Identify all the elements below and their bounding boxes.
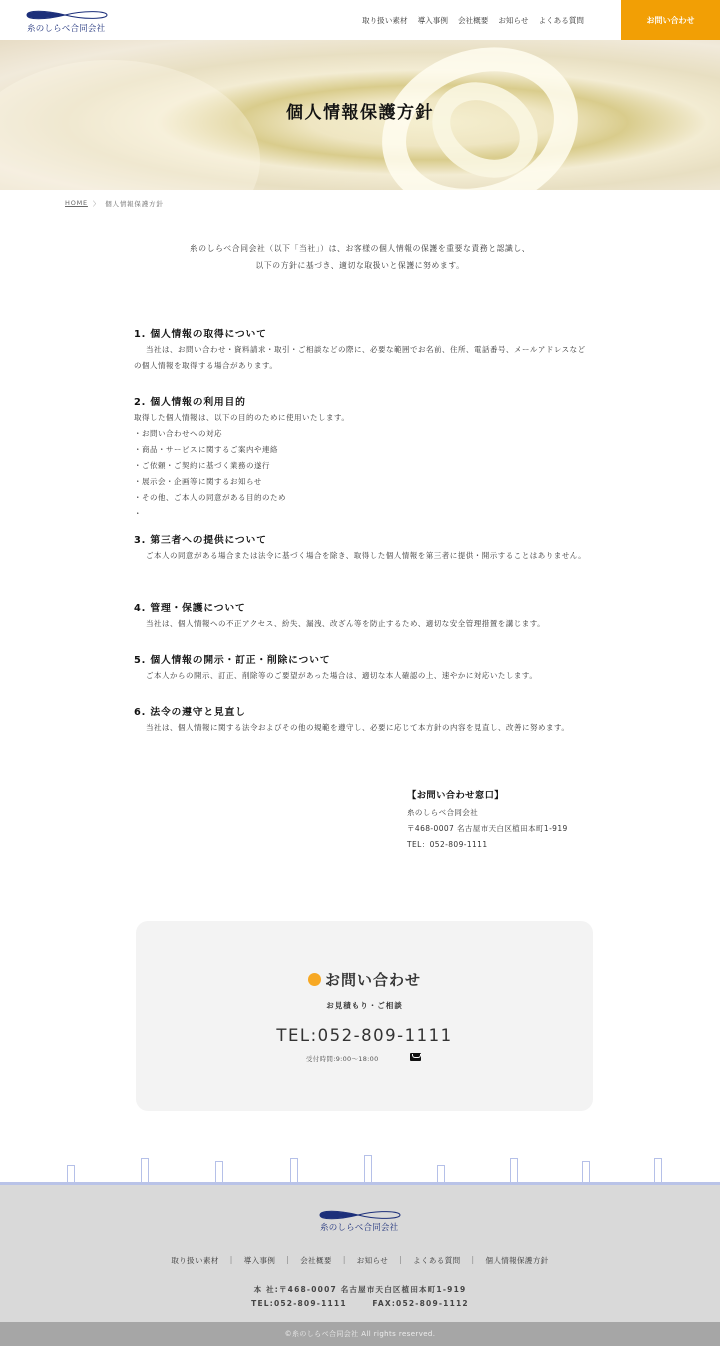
breadcrumb-separator: 〉 [93, 199, 100, 208]
contact-window-title: 【お問い合わせ窓口】 [407, 788, 568, 803]
policy-section-2: 2. 個人情報の利用目的 取得した個人情報は、以下の目的のために使用いたします。… [134, 396, 589, 534]
policy-content: 1. 個人情報の取得について 当社は、お問い合わせ・資料請求・取引・ご相談などの… [134, 328, 589, 758]
footer-logo-text: 糸のしらべ合同会社 [320, 1221, 398, 1233]
fence-post [141, 1158, 149, 1183]
contact-window-company: 糸のしらべ合同会社 [407, 805, 568, 821]
list-item: その他、ご本人の同意がある目的のため [134, 490, 589, 506]
policy-section-4: 4. 管理・保護について 当社は、個人情報への不正アクセス、紛失、漏洩、改ざん等… [134, 602, 589, 654]
site-footer: 糸のしらべ合同会社 取り扱い素材 | 導入事例 | 会社概要 | お知らせ | … [0, 1182, 720, 1322]
intro-line-2: 以下の方針に基づき、適切な取扱いと保護に努めます。 [0, 257, 720, 274]
logo-mark-icon [25, 8, 109, 22]
cta-phone[interactable]: TEL:052-809-1111 [136, 1026, 593, 1045]
list-item: お問い合わせへの対応 [134, 426, 589, 442]
cta-hours: 受付時間:9:00〜18:00 [306, 1054, 379, 1063]
dot-icon [308, 973, 321, 986]
section-body: 当社は、お問い合わせ・資料請求・取引・ご相談などの際に、必要な範囲でお名前、住所… [134, 342, 589, 374]
footer-address: 本 社:〒468-0007 名古屋市天白区植田本町1-919 [0, 1283, 720, 1297]
fence-post [290, 1158, 298, 1183]
contact-cta-card: お問い合わせ お見積もり・ご相談 TEL:052-809-1111 受付時間:9… [136, 921, 593, 1111]
footer-fax: FAX:052-809-1112 [372, 1299, 468, 1308]
breadcrumb-current: 個人情報保護方針 [105, 199, 163, 208]
contact-window: 【お問い合わせ窓口】 糸のしらべ合同会社 〒468-0007 名古屋市天白区植田… [407, 788, 568, 853]
fence-post [215, 1161, 223, 1183]
fence-post [654, 1158, 662, 1183]
footer-nav-cases[interactable]: 導入事例 [244, 1255, 276, 1266]
footer-tel: TEL:052-809-1111 [251, 1299, 347, 1308]
policy-section-3: 3. 第三者への提供について ご本人の同意がある場合または法令に基づく場合を除き… [134, 534, 589, 602]
footer-nav-materials[interactable]: 取り扱い素材 [171, 1255, 218, 1266]
logo-mark-icon [318, 1208, 402, 1222]
nav-faq[interactable]: よくある質問 [538, 15, 584, 26]
footer-logo[interactable]: 糸のしらべ合同会社 [318, 1207, 402, 1233]
copyright: ©糸のしらべ合同会社 All rights reserved. [0, 1322, 720, 1346]
nav-news[interactable]: お知らせ [498, 15, 528, 26]
contact-button[interactable]: お問い合わせ [621, 0, 720, 40]
intro-line-1: 糸のしらべ合同会社（以下「当社」）は、お客様の個人情報の保護を重要な責務と認識し… [0, 240, 720, 257]
fence-post [510, 1158, 518, 1183]
nav-separator: | [399, 1255, 402, 1266]
footer-phones: TEL:052-809-1111 FAX:052-809-1112 [0, 1297, 720, 1311]
nav-cases[interactable]: 導入事例 [418, 15, 448, 26]
footer-nav-company[interactable]: 会社概要 [300, 1255, 332, 1266]
section-title: 4. 管理・保護について [134, 602, 589, 616]
logo[interactable]: 糸のしらべ合同会社 [25, 8, 109, 34]
section-title: 1. 個人情報の取得について [134, 328, 589, 342]
contact-window-tel: TEL：052-809-1111 [407, 837, 568, 853]
nav-separator: | [286, 1255, 289, 1266]
breadcrumb: HOME 〉 個人情報保護方針 [65, 199, 164, 208]
section-title: 2. 個人情報の利用目的 [134, 396, 589, 410]
section-title: 6. 法令の遵守と見直し [134, 706, 589, 720]
section-body: 当社は、個人情報に関する法令およびその他の規範を遵守し、必要に応じて本方針の内容… [134, 720, 589, 736]
footer-address-block: 本 社:〒468-0007 名古屋市天白区植田本町1-919 TEL:052-8… [0, 1283, 720, 1311]
page-title: 個人情報保護方針 [0, 98, 720, 123]
intro-text: 糸のしらべ合同会社（以下「当社」）は、お客様の個人情報の保護を重要な責務と認識し… [0, 240, 720, 274]
section-title: 5. 個人情報の開示・訂正・削除について [134, 654, 589, 668]
list-item: 商品・サービスに関するご案内や連絡 [134, 442, 589, 458]
contact-window-address: 〒468-0007 名古屋市天白区植田本町1-919 [407, 821, 568, 837]
policy-section-5: 5. 個人情報の開示・訂正・削除について ご本人からの開示、訂正、削除等のご要望… [134, 654, 589, 706]
mail-icon[interactable] [410, 1053, 421, 1061]
list-item: ご依頼・ご契約に基づく業務の遂行 [134, 458, 589, 474]
hero-banner: 個人情報保護方針 [0, 40, 720, 190]
section-title: 3. 第三者への提供について [134, 534, 589, 548]
fence-post [67, 1165, 75, 1183]
fence-post [437, 1165, 445, 1183]
section-body: ご本人の同意がある場合または法令に基づく場合を除き、取得した個人情報を第三者に提… [134, 548, 589, 564]
footer-nav: 取り扱い素材 | 導入事例 | 会社概要 | お知らせ | よくある質問 | 個… [0, 1255, 720, 1266]
list-item [134, 506, 589, 522]
nav-separator: | [472, 1255, 475, 1266]
footer-nav-news[interactable]: お知らせ [357, 1255, 388, 1266]
fabric-fold [0, 60, 260, 190]
cta-subtitle: お見積もり・ご相談 [136, 1000, 593, 1011]
nav-company[interactable]: 会社概要 [458, 15, 488, 26]
site-header: 糸のしらべ合同会社 取り扱い素材 導入事例 会社概要 お知らせ よくある質問 お… [0, 0, 720, 40]
policy-section-6: 6. 法令の遵守と見直し 当社は、個人情報に関する法令およびその他の規範を遵守し… [134, 706, 589, 758]
list-item: 展示会・企画等に関するお知らせ [134, 474, 589, 490]
nav-separator: | [343, 1255, 346, 1266]
cta-title: お問い合わせ [325, 969, 421, 990]
logo-text: 糸のしらべ合同会社 [27, 22, 105, 34]
decorative-fence [0, 1140, 720, 1183]
policy-section-1: 1. 個人情報の取得について 当社は、お問い合わせ・資料請求・取引・ご相談などの… [134, 328, 589, 396]
nav-separator: | [230, 1255, 233, 1266]
fence-post [582, 1161, 590, 1183]
main-nav: 取り扱い素材 導入事例 会社概要 お知らせ よくある質問 [362, 0, 594, 40]
fence-post [364, 1155, 372, 1183]
section-body: ご本人からの開示、訂正、削除等のご要望があった場合は、適切な本人確認の上、速やか… [134, 668, 589, 684]
section-body: 当社は、個人情報への不正アクセス、紛失、漏洩、改ざん等を防止するため、適切な安全… [134, 616, 589, 632]
cta-heading: お問い合わせ [136, 969, 593, 990]
nav-materials[interactable]: 取り扱い素材 [362, 15, 408, 26]
footer-nav-privacy[interactable]: 個人情報保護方針 [485, 1255, 548, 1266]
footer-nav-faq[interactable]: よくある質問 [413, 1255, 460, 1266]
breadcrumb-home[interactable]: HOME [65, 199, 88, 208]
section-body: 取得した個人情報は、以下の目的のために使用いたします。 [134, 410, 589, 426]
purpose-list: お問い合わせへの対応 商品・サービスに関するご案内や連絡 ご依頼・ご契約に基づく… [134, 426, 589, 522]
